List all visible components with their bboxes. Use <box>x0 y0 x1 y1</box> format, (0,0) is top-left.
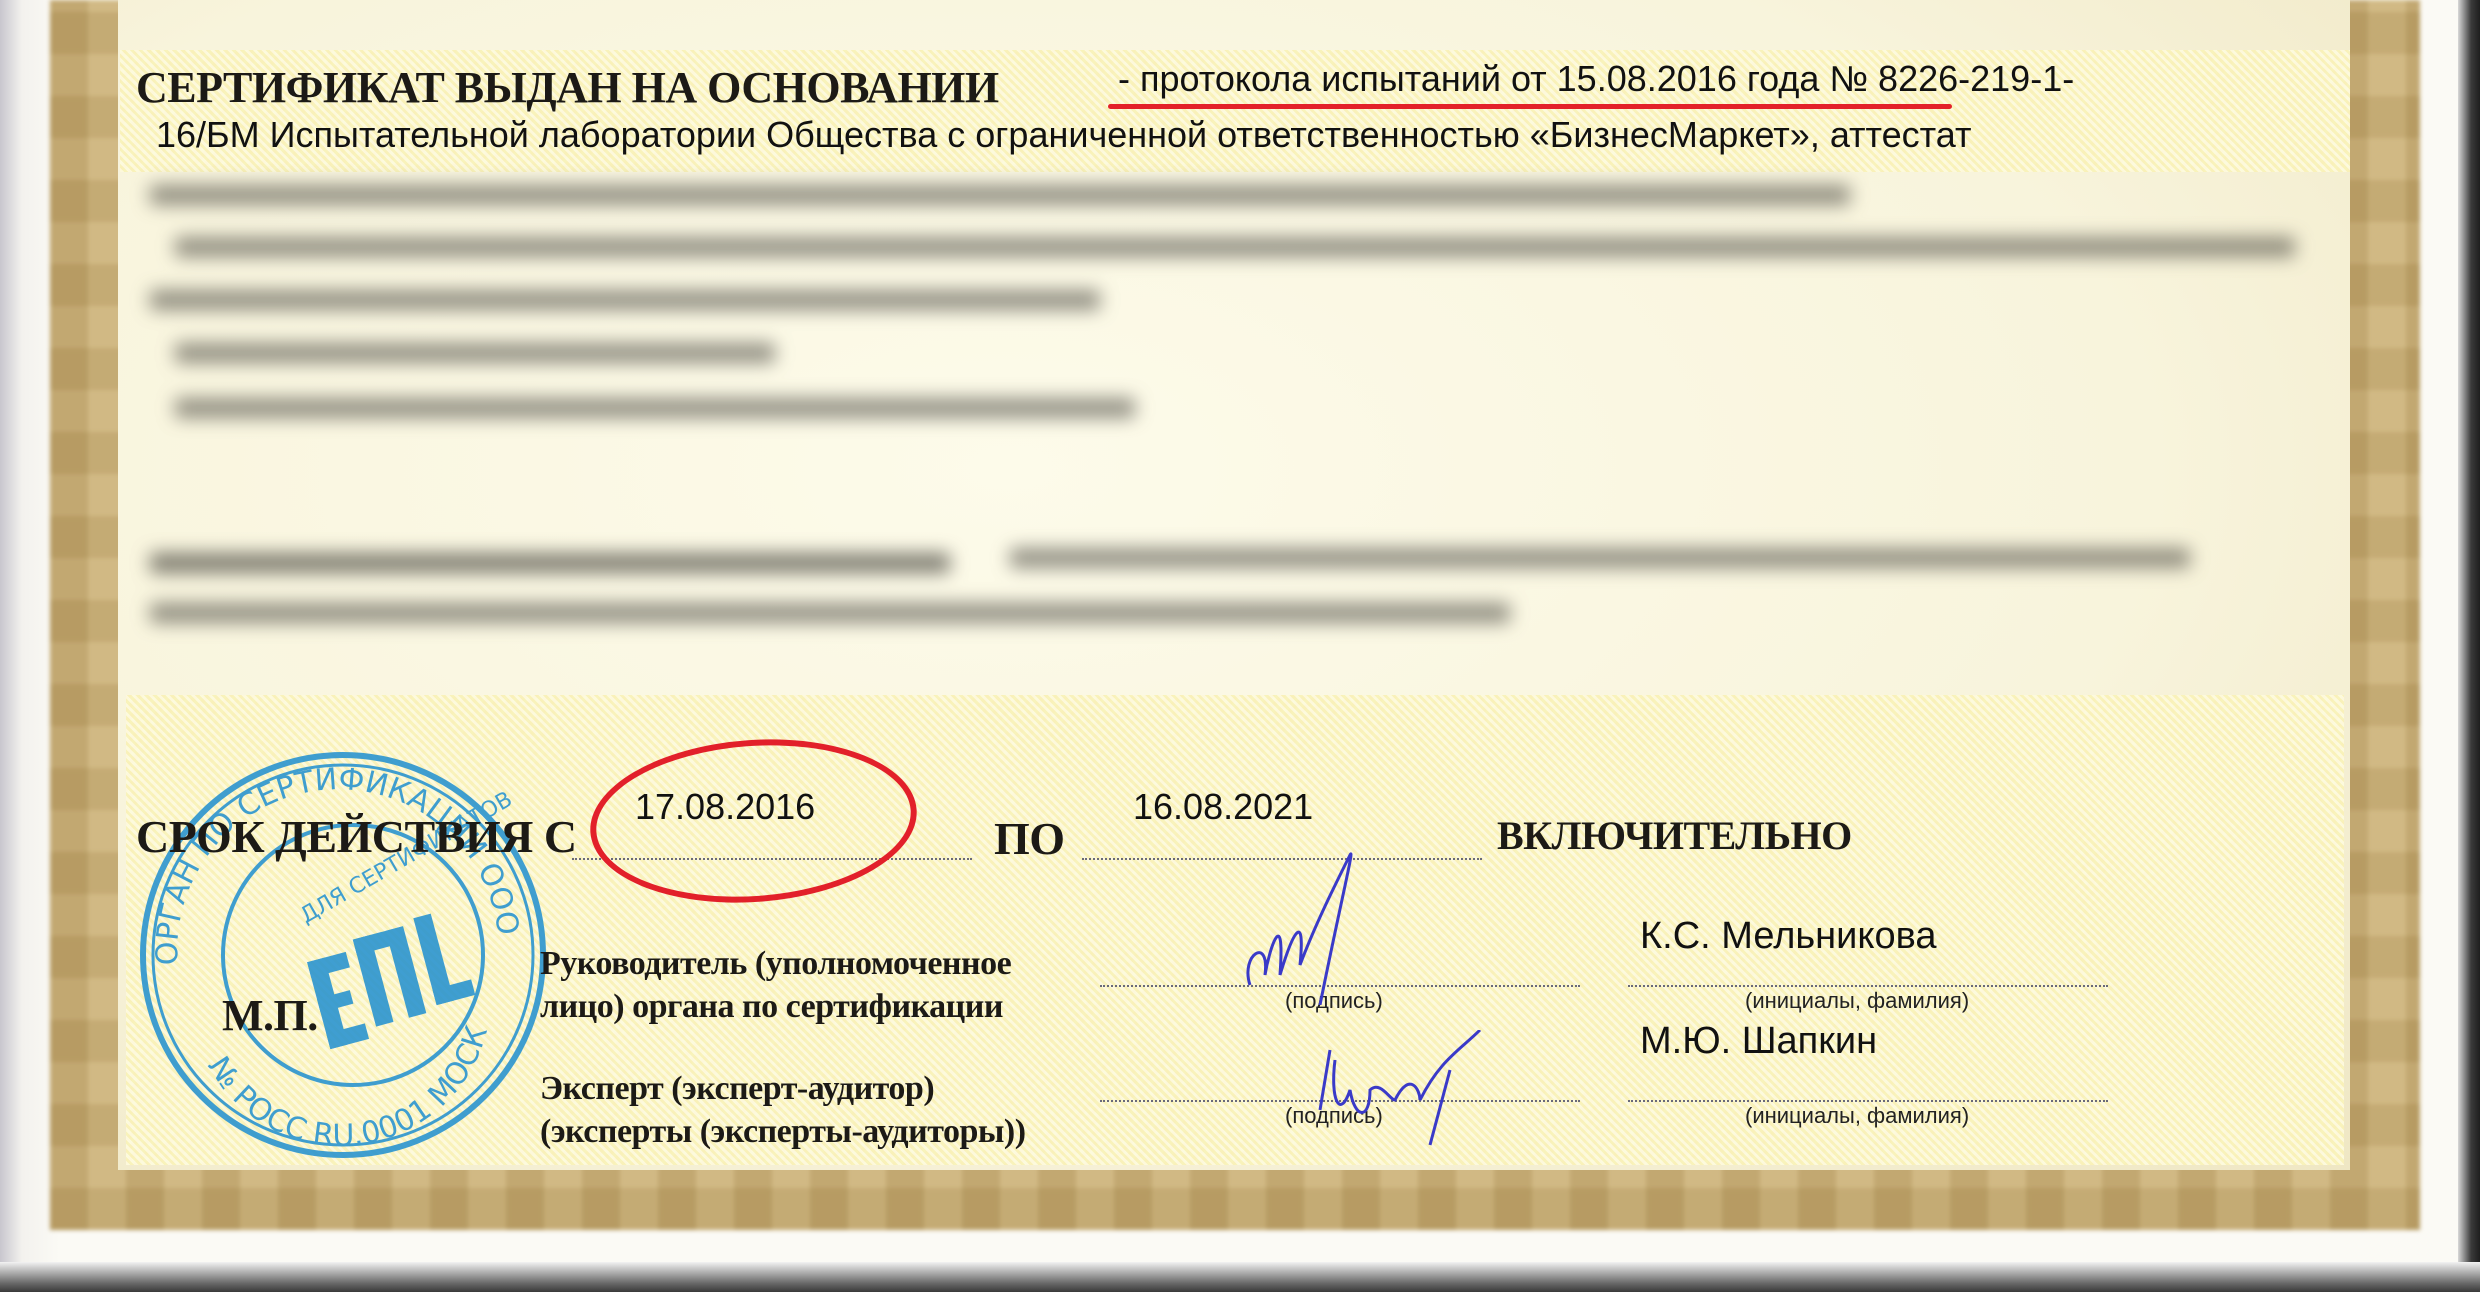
signatory-1-name: К.С. Мельникова <box>1640 915 1936 958</box>
name-1-caption: (инициалы, фамилия) <box>1745 988 1969 1014</box>
signature-2-icon <box>1300 1030 1500 1150</box>
name-2-caption: (инициалы, фамилия) <box>1745 1103 1969 1129</box>
validity-date-to: 16.08.2021 <box>1133 786 1313 828</box>
stamp-place-label: М.П. <box>222 990 318 1041</box>
name-2-line <box>1628 1100 2108 1102</box>
edge-shadow <box>2458 0 2480 1292</box>
name-1-line <box>1628 985 2108 987</box>
signatory-2-name: М.Ю. Шапкин <box>1640 1020 1877 1063</box>
signatory-2-role-line-1: Эксперт (эксперт-аудитор) <box>540 1070 934 1108</box>
signature-1-icon <box>1240 845 1400 1005</box>
validity-from-label: СРОК ДЕЙСТВИЯ С <box>136 810 577 863</box>
signatory-1-role-line-1: Руководитель (уполномоченное <box>540 945 1011 983</box>
official-seal-icon: ОРГАН ПО СЕРТИФИКАЦИИ ООО Гарант № РОСС … <box>118 735 548 1165</box>
signatory-1-role-line-2: лицо) органа по сертификации <box>540 988 1003 1026</box>
redacted-text-block <box>0 0 2480 700</box>
validity-to-label: ПО <box>994 812 1065 865</box>
signatory-2-role-line-2: (эксперты (эксперты-аудиторы)) <box>540 1113 1026 1151</box>
validity-inclusive-label: ВКЛЮЧИТЕЛЬНО <box>1497 812 1852 859</box>
edge-shadow-bottom <box>0 1262 2480 1292</box>
